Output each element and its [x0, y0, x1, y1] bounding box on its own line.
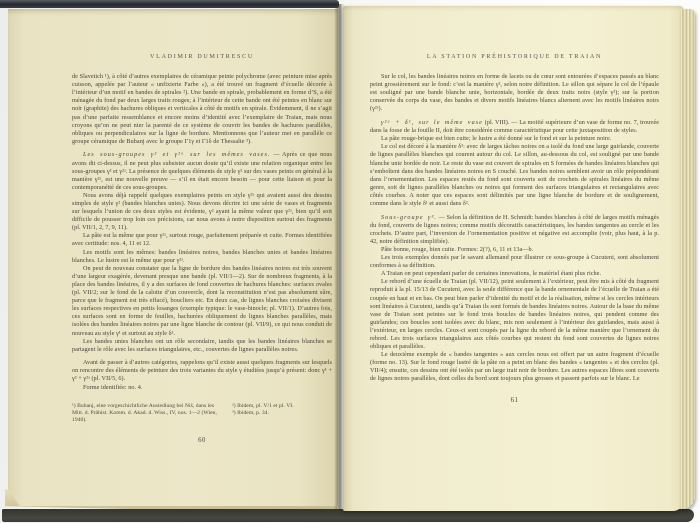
body-paragraph: de Slavetich ¹), à côté d’autres exempla…: [72, 73, 332, 146]
body-paragraph: Sur le col, les bandes linéaires noires …: [370, 73, 659, 113]
footnotes: ¹) Bubanj, eine vorgeschichtliche Ansied…: [72, 403, 332, 424]
page-number-left: 60: [72, 437, 332, 445]
footnote: ¹) Bubanj, eine vorgeschichtliche Ansied…: [72, 403, 218, 424]
paragraph-text: La pâte rouge-brique est bien cuite; le …: [381, 135, 611, 142]
section-lead: Les sous-groupes γ² et γ²ᵃ sur les mêmes…: [83, 151, 271, 158]
paragraph-text: Avant de passer à d’autres catégories, r…: [72, 359, 332, 382]
body-paragraph: Avant de passer à d’autres catégories, r…: [72, 359, 332, 383]
paragraph-text: Le col est décoré à la manière δ¹: avec …: [370, 143, 659, 207]
paragraph-text: de Slavetich ¹), à côté d’autres exempla…: [72, 73, 332, 145]
page-stack-fore-edge-right: [681, 9, 695, 509]
body-paragraph: Les sous-groupes γ² et γ²ᵃ sur les mêmes…: [72, 151, 332, 191]
paragraph-text: Pâte bonne, rouge, bien cuite. Formes: 2…: [381, 246, 533, 253]
book-spread-photo: VLADIMIR DUMITRESCU de Slavetich ¹), à c…: [0, 0, 700, 523]
body-paragraph: La pâte est la même que pour γ²ᵃ, surtou…: [72, 232, 332, 248]
book-cover-edge-top: [0, 0, 339, 8]
left-page-text-block: VLADIMIR DUMITRESCU de Slavetich ¹), à c…: [72, 53, 332, 445]
running-header-right: LA STATION PRÉHISTORIQUE DE TRAIAN: [370, 53, 659, 61]
paragraph-text: Le rebord d’une écuelle de Traian (pl. V…: [370, 278, 659, 350]
footnote: ³) Ibidem, p. 34.: [232, 410, 332, 417]
paragraph-text: Les bandes unies blanches ont un rôle se…: [72, 338, 332, 353]
footnote: ²) Ibidem, pl. V/1 et pl. VI.: [232, 403, 332, 410]
body-paragraph: Le deuxième exemple de « bandes tangente…: [370, 351, 659, 383]
book-gutter-shadow: [334, 4, 345, 511]
left-page: VLADIMIR DUMITRESCU de Slavetich ¹), à c…: [8, 9, 338, 506]
body-paragraph: Le col est décoré à la manière δ¹: avec …: [370, 143, 659, 208]
body-paragraph: Les trois exemples donnés par le savant …: [370, 254, 659, 270]
right-page: LA STATION PRÉHISTORIQUE DE TRAIAN Sur l…: [343, 6, 683, 511]
paragraph-text: Nous avons déjà rappelé quelques exempla…: [72, 192, 332, 231]
body-paragraph: Pâte bonne, rouge, bien cuite. Formes: 2…: [370, 246, 659, 254]
footnote-column-right: ²) Ibidem, pl. V/1 et pl. VI. ³) Ibidem,…: [232, 403, 332, 424]
paragraph-text: Les trois exemples donnés par le savant …: [370, 254, 659, 269]
body-paragraph: Les bandes unies blanches ont un rôle se…: [72, 338, 332, 354]
body-paragraph: γ²ᵃ + δ¹, sur le même vase (pl. VIII). —…: [370, 119, 659, 135]
body-paragraph: Nous avons déjà rappelé quelques exempla…: [72, 192, 332, 232]
body-paragraph: On peut de nouveau constater que la lign…: [72, 265, 332, 338]
paragraph-text: Les motifs sont les mêmes: bandes linéai…: [72, 249, 332, 264]
paragraph-text: Sur le col, les bandes linéaires noires …: [370, 73, 659, 112]
page-number-right: 61: [370, 397, 659, 405]
body-paragraph: Les motifs sont les mêmes: bandes linéai…: [72, 249, 332, 265]
paragraph-text: A Traian on peut cependant parler de cer…: [381, 270, 601, 277]
body-paragraph: La pâte rouge-brique est bien cuite; le …: [370, 135, 659, 143]
body-paragraph: Sous-groupe γ³. — Selon la définition de…: [370, 214, 659, 246]
footnote-column-left: ¹) Bubanj, eine vorgeschichtliche Ansied…: [72, 403, 218, 424]
paragraph-text: Forme identifiée: no. 4.: [83, 384, 142, 391]
section-lead: Sous-groupe γ³.: [381, 214, 437, 221]
paragraph-text: Le deuxième exemple de « bandes tangente…: [370, 351, 659, 382]
body-paragraph: Forme identifiée: no. 4.: [72, 384, 332, 392]
running-header-left: VLADIMIR DUMITRESCU: [72, 53, 332, 61]
right-page-text-block: LA STATION PRÉHISTORIQUE DE TRAIAN Sur l…: [370, 53, 659, 405]
body-paragraph: Le rebord d’une écuelle de Traian (pl. V…: [370, 278, 659, 351]
paragraph-text: La pâte est la même que pour γ²ᵃ, surtou…: [72, 232, 332, 247]
section-lead: γ²ᵃ + δ¹, sur le même vase: [381, 119, 483, 126]
body-paragraph: A Traian on peut cependant parler de cer…: [370, 270, 659, 278]
paragraph-text: On peut de nouveau constater que la lign…: [72, 265, 332, 337]
